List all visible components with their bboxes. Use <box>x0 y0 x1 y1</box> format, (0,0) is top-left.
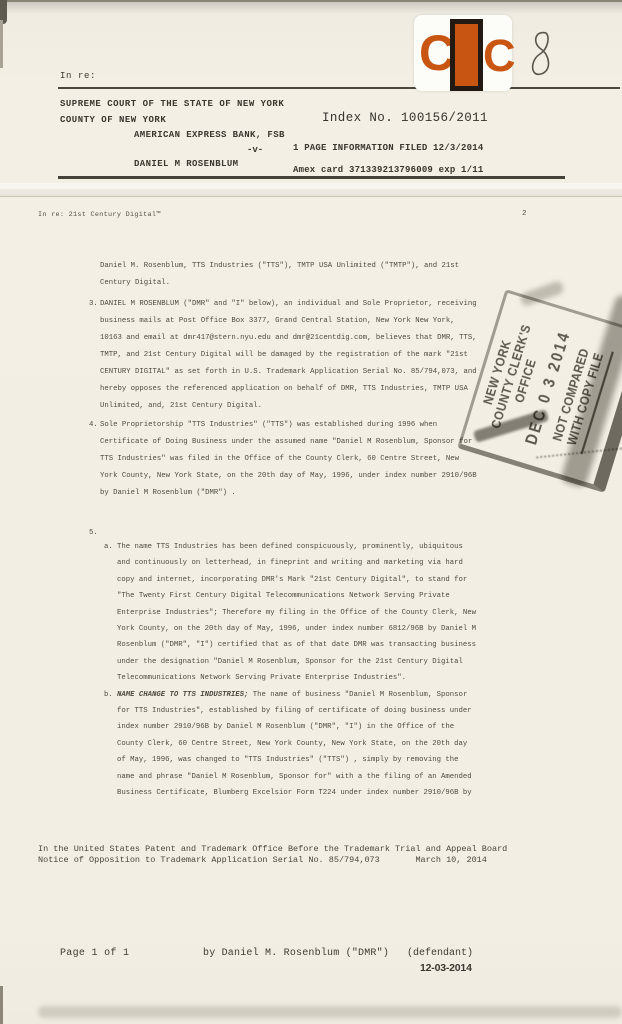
item-b-first-line: NAME CHANGE TO TTS INDUSTRIES; The name … <box>117 687 467 703</box>
item-b-marker: b. <box>104 687 113 703</box>
handwritten-eight-mark <box>525 28 557 80</box>
scan-left-edge-bottom <box>0 986 3 1024</box>
filed-info-line: 1 PAGE INFORMATION FILED 12/3/2014 <box>293 143 483 153</box>
tab-letter-c-right: C <box>483 33 516 78</box>
versus-label: -v- <box>247 145 263 155</box>
intro-continuation: Daniel M. Rosenblum, TTS Industries ("TT… <box>100 258 459 292</box>
tab-notch-bottom <box>462 86 471 91</box>
item3-marker: 3. <box>89 296 98 313</box>
amex-card-line: Amex card 371339213796009 exp 1/11 <box>293 165 483 175</box>
court-name-line2: COUNTY OF NEW YORK <box>60 115 166 125</box>
item-b-text: for TTS Industries", established by fili… <box>117 703 472 801</box>
scanned-document-page: In re: SUPREME COURT OF THE STATE OF NEW… <box>0 0 622 1024</box>
plaintiff-name: AMERICAN EXPRESS BANK, FSB <box>134 130 285 140</box>
item-b-first-line-rest: The name of business "Daniel M Rosenblum… <box>248 691 467 699</box>
scan-bottom-shadow <box>38 1006 622 1018</box>
defendant-name: DANIEL M ROSENBLUM <box>134 159 238 169</box>
page-number: 2 <box>522 210 527 218</box>
scan-mid-line <box>0 196 622 197</box>
court-name-line1: SUPREME COURT OF THE STATE OF NEW YORK <box>60 99 284 109</box>
role-label: (defendant) <box>407 948 473 959</box>
tab-color-bar <box>450 19 483 91</box>
item-a-marker: a. <box>104 539 113 555</box>
footer-caption: In the United States Patent and Trademar… <box>38 844 507 865</box>
tab-notch-top <box>462 19 471 24</box>
header-rule-thick <box>58 176 565 179</box>
in-re-label: In re: <box>60 71 96 81</box>
header-rule-thin <box>58 87 620 89</box>
item4-text: Sole Proprietorship "TTS Industries" ("T… <box>100 417 477 502</box>
item3-text: DANIEL M ROSENBLUM ("DMR" and "I" below)… <box>100 296 477 415</box>
index-number: Index No. 100156/2011 <box>322 111 488 125</box>
subheader-in-re: In re: 21st Century Digital™ <box>38 211 161 219</box>
item-a-text: The name TTS Industries has been defined… <box>117 539 476 687</box>
scan-top-shadow <box>0 2 622 14</box>
page-count-label: Page 1 of 1 <box>60 948 129 959</box>
scan-left-edge <box>0 20 3 68</box>
signature-line: by Daniel M. Rosenblum ("DMR") <box>203 948 389 959</box>
item4-marker: 4. <box>89 417 98 434</box>
item-b-heading: NAME CHANGE TO TTS INDUSTRIES; <box>117 691 248 699</box>
item5-marker: 5. <box>89 525 98 542</box>
received-date: 12-03-2014 <box>420 962 472 974</box>
